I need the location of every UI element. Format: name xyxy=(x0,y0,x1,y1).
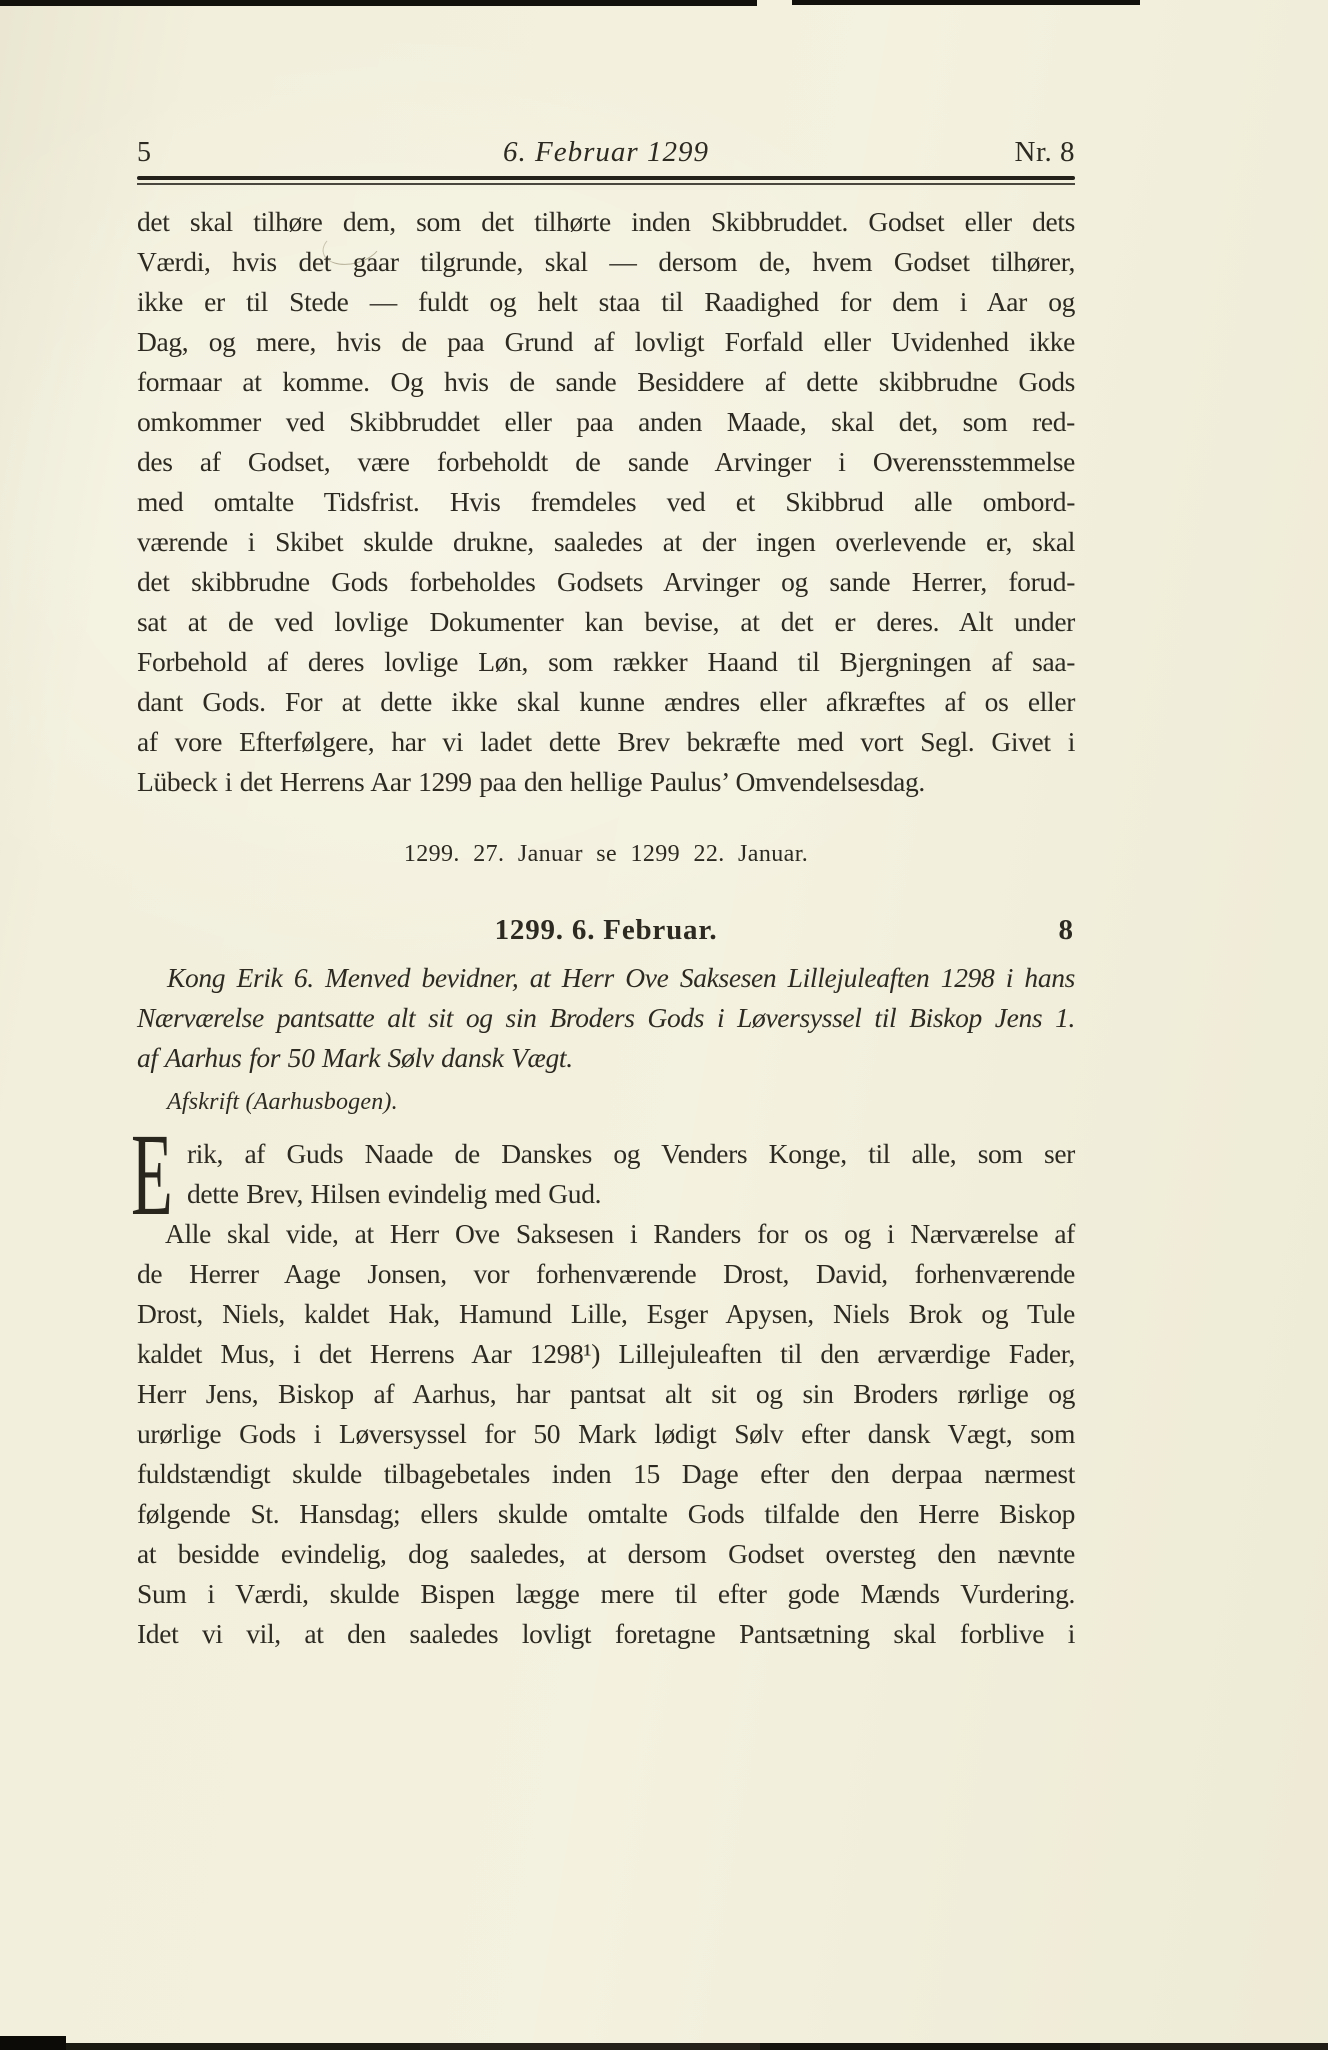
source-note: Afskrift (Aarhusbogen). xyxy=(137,1086,1075,1118)
previous-entry-paragraph: det skal tilhøre dem, som det tilhørte i… xyxy=(137,202,1075,802)
text-line: dette Brev, Hilsen evindelig med Gud. xyxy=(137,1174,1075,1214)
text-line: Kong Erik 6. Menved bevidner, at Herr Ov… xyxy=(137,958,1075,998)
text-line: at besidde evindelig, dog saaledes, at d… xyxy=(137,1534,1075,1574)
page-number: 5 xyxy=(137,133,227,173)
text-line: urørlige Gods i Løversyssel for 50 Mark … xyxy=(137,1414,1075,1454)
header-rule-thin xyxy=(137,183,1075,185)
letter-body: Alle skal vide, at Herr Ove Saksesen i R… xyxy=(137,1214,1075,1654)
text-line: Herr Jens, Biskop af Aarhus, har pantsat… xyxy=(137,1374,1075,1414)
text-line: de Herrer Aage Jonsen, vor forhenværende… xyxy=(137,1254,1075,1294)
text-line: omkommer ved Skibbruddet eller paa anden… xyxy=(137,402,1075,442)
greeting-paragraph: E rik, af Guds Naade de Danskes og Vende… xyxy=(137,1134,1075,1214)
text-line: formaar at komme. Og hvis de sande Besid… xyxy=(137,362,1075,402)
scan-artifact-top-left xyxy=(0,0,757,6)
cross-reference-line: 1299. 27. Januar se 1299 22. Januar. xyxy=(137,838,1075,870)
text-line: værende i Skibet skulde drukne, saaledes… xyxy=(137,522,1075,562)
text-line: sat at de ved lovlige Dokumenter kan bev… xyxy=(137,602,1075,642)
entry-summary: Kong Erik 6. Menved bevidner, at Herr Ov… xyxy=(137,958,1075,1078)
text-line: af Aarhus for 50 Mark Sølv dansk Vægt. xyxy=(137,1038,1075,1078)
entry-letter: E rik, af Guds Naade de Danskes og Vende… xyxy=(137,1134,1075,1654)
drop-cap: E xyxy=(131,1127,173,1223)
text-line: Idet vi vil, at den saaledes lovligt for… xyxy=(137,1614,1075,1654)
text-line: Nærværelse pantsatte alt sit og sin Brod… xyxy=(137,998,1075,1038)
entry-number-label: Nr. 8 xyxy=(985,132,1075,172)
page-header: 5 6. Februar 1299 Nr. 8 xyxy=(137,132,1075,173)
text-line: Forbehold af deres lovlige Løn, som rækk… xyxy=(137,642,1075,682)
text-line: fuldstændigt skulde tilbagebetales inden… xyxy=(137,1454,1075,1494)
text-line: Dag, og mere, hvis de paa Grund af lovli… xyxy=(137,322,1075,362)
text-line: det skibbrudne Gods forbeholdes Godsets … xyxy=(137,562,1075,602)
text-line: rik, af Guds Naade de Danskes og Venders… xyxy=(137,1134,1075,1174)
text-line: Sum i Værdi, skulde Bispen lægge mere ti… xyxy=(137,1574,1075,1614)
text-line: med omtalte Tidsfrist. Hvis fremdeles ve… xyxy=(137,482,1075,522)
text-line: des af Godset, være forbeholdt de sande … xyxy=(137,442,1075,482)
text-line: ikke er til Stede — fuldt og helt staa t… xyxy=(137,282,1075,322)
entry-heading: 1299. 6. Februar. 8 xyxy=(137,910,1075,950)
greeting-lines: rik, af Guds Naade de Danskes og Venders… xyxy=(137,1134,1075,1214)
entry-number: 8 xyxy=(1059,910,1074,950)
text-line: Værdi, hvis det gaar tilgrunde, skal — d… xyxy=(137,242,1075,282)
text-line: Alle skal vide, at Herr Ove Saksesen i R… xyxy=(137,1214,1075,1254)
text-line: Drost, Niels, kaldet Hak, Hamund Lille, … xyxy=(137,1294,1075,1334)
entry-date-heading: 1299. 6. Februar. xyxy=(137,910,1075,950)
scan-artifact-bottom xyxy=(0,2043,1328,2050)
text-line: dant Gods. For at dette ikke skal kunne … xyxy=(137,682,1075,722)
running-title: 6. Februar 1299 xyxy=(227,132,985,172)
text-line: Lübeck i det Herrens Aar 1299 paa den he… xyxy=(137,762,1075,802)
scan-artifact-top-right xyxy=(792,0,1140,5)
text-line: det skal tilhøre dem, som det tilhørte i… xyxy=(137,202,1075,242)
text-line: af vore Efterfølgere, har vi ladet dette… xyxy=(137,722,1075,762)
header-rule-thick xyxy=(137,176,1075,180)
scan-artifact-bottom-left xyxy=(0,2036,66,2050)
text-line: følgende St. Hansdag; ellers skulde omta… xyxy=(137,1494,1075,1534)
text-line: kaldet Mus, i det Herrens Aar 1298¹) Lil… xyxy=(137,1334,1075,1374)
header-rule xyxy=(137,176,1075,185)
